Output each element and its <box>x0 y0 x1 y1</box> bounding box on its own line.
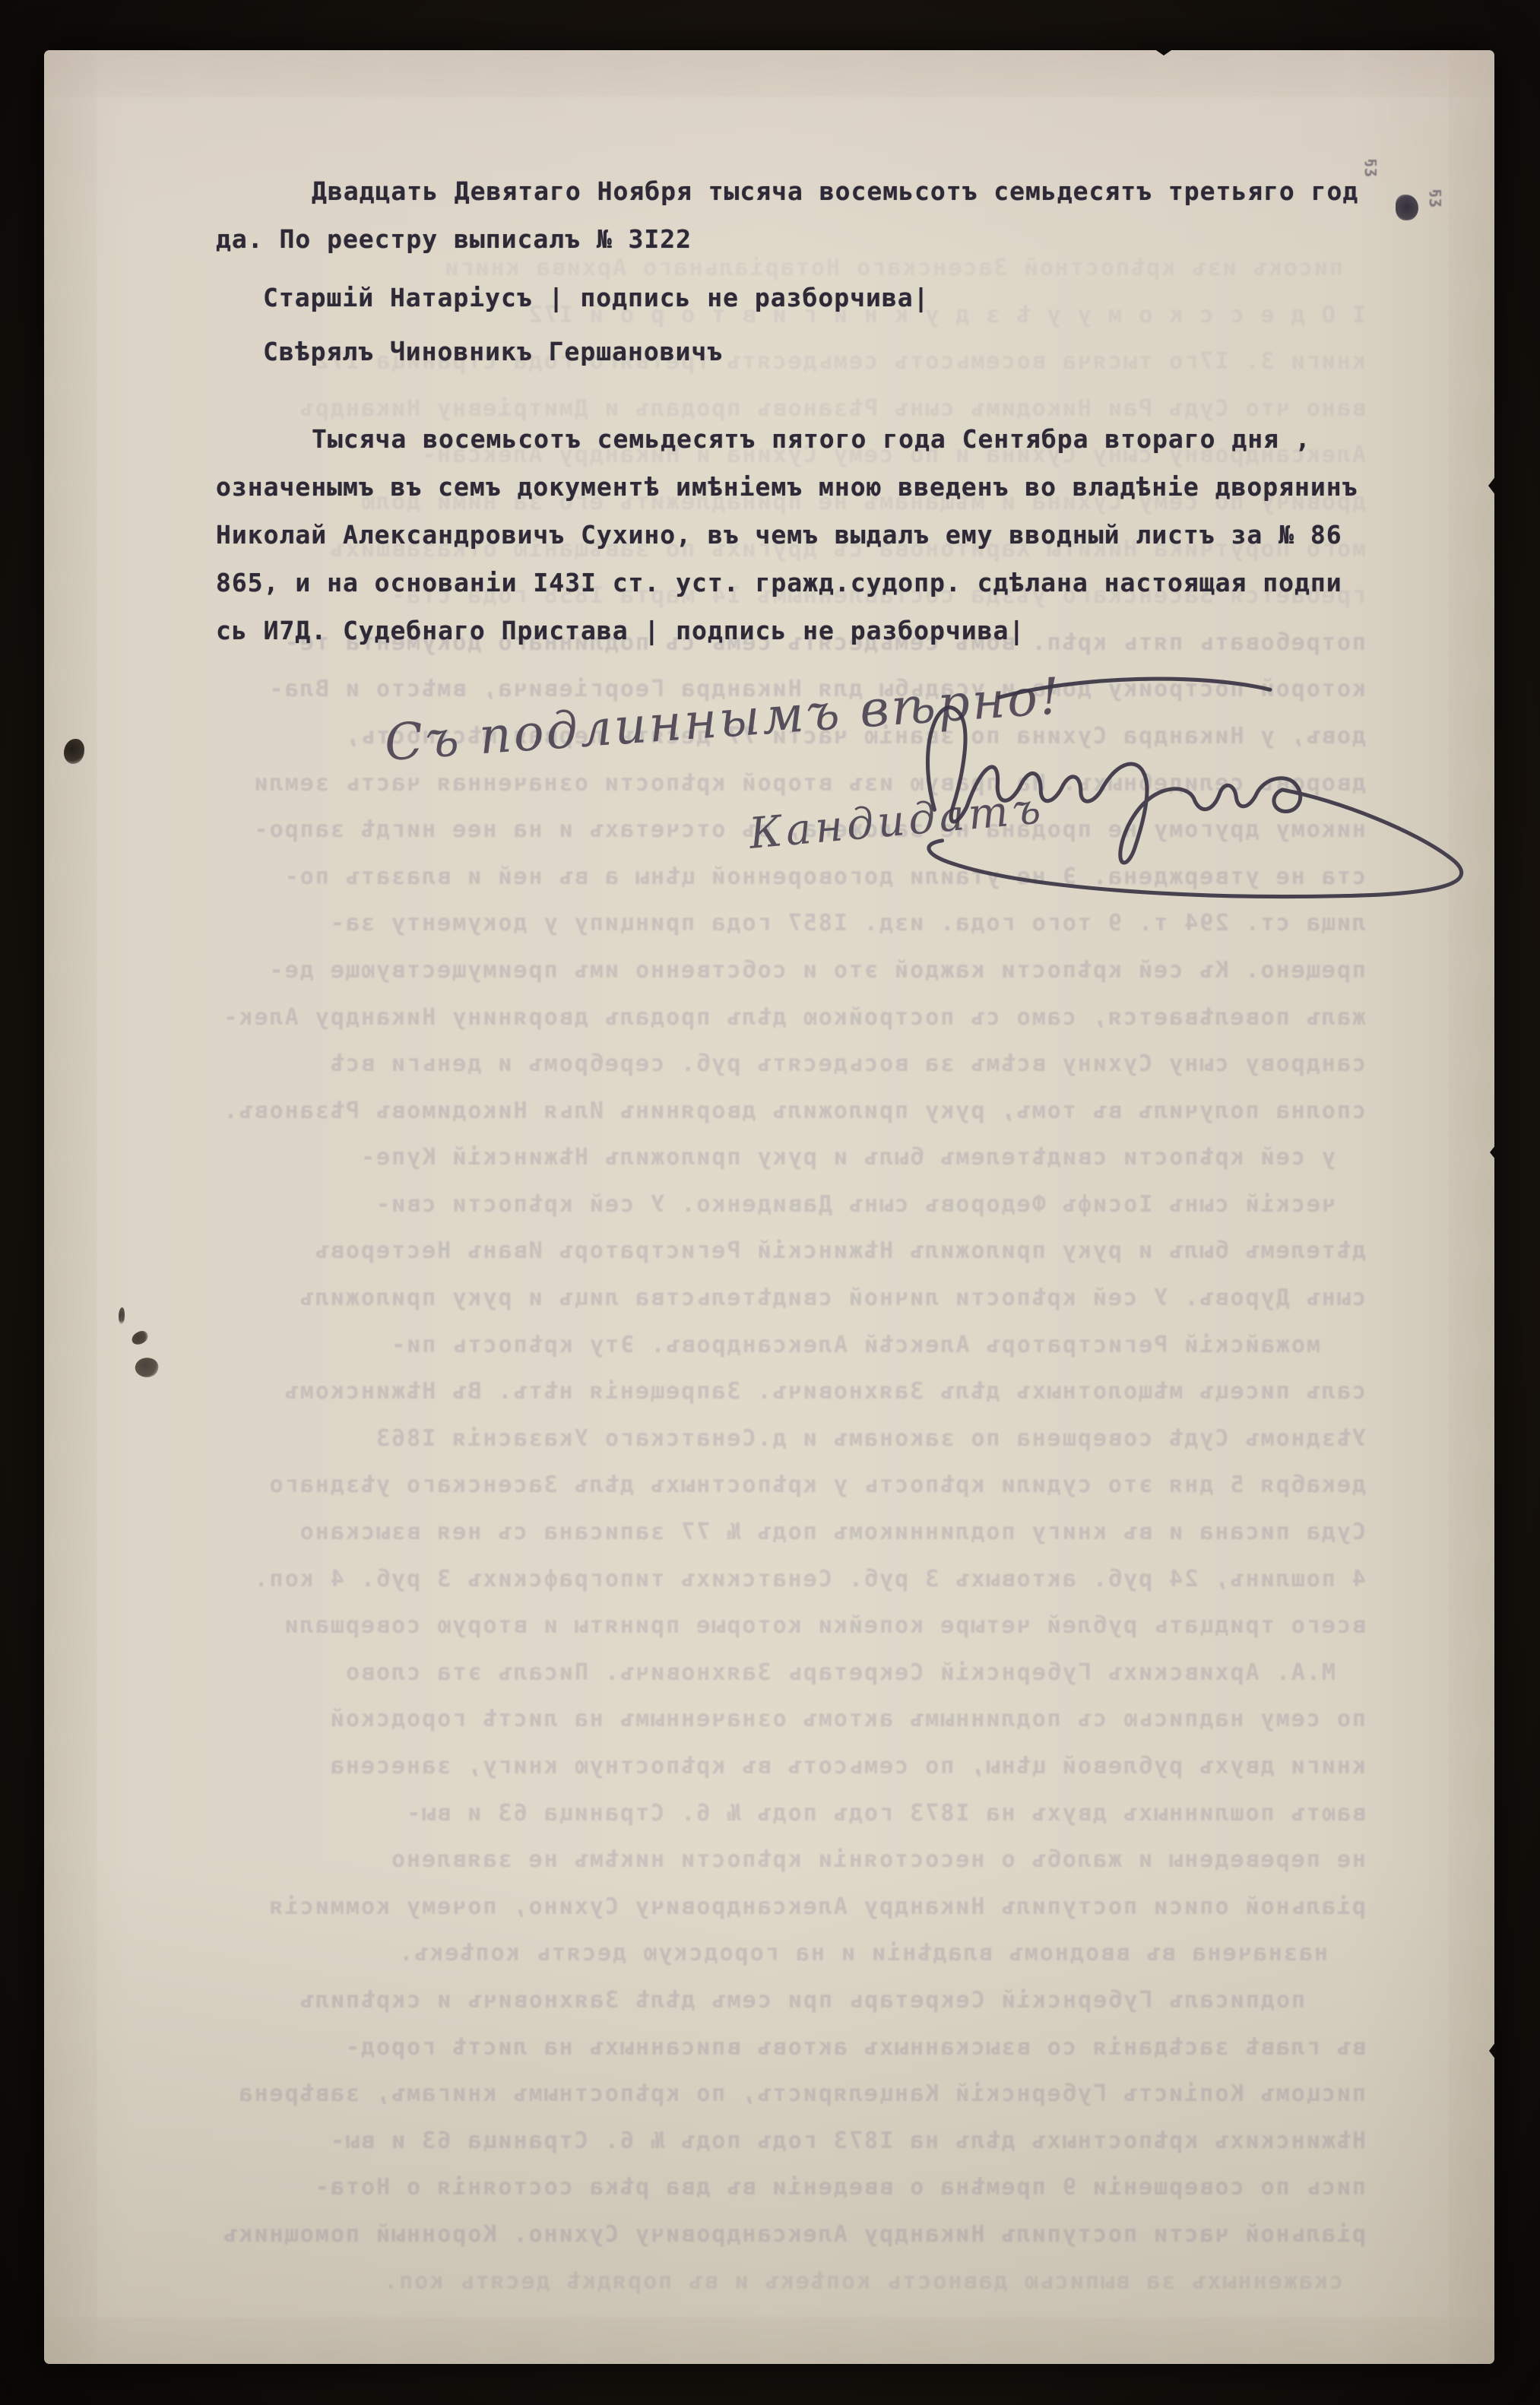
typed-line: да. По реестру выписалъ № 3I22 <box>216 224 692 254</box>
typed-line: означенымъ въ семъ документѣ имѣніемъ мн… <box>216 472 1358 502</box>
typed-line: Двадцать Девятаго Ноября тысяча восемьсо… <box>312 176 1358 206</box>
edge-ink-smudge: ҕӡ <box>1429 189 1447 208</box>
typed-line: 865, и на основаніи I43I ст. уст. гражд.… <box>216 568 1342 597</box>
typed-line: сь И7Д. Судебнаго Пристава | подпись не … <box>216 616 1025 645</box>
signature-flourish <box>908 667 1516 911</box>
edge-ink-smudge: ҕӡ <box>1364 158 1383 178</box>
overstruck-character-blot <box>1396 195 1418 220</box>
typed-line: Старшій Натаріусъ | подпись не разборчив… <box>263 283 929 312</box>
typed-line: Свѣрялъ Чиновникъ Гершановичъ <box>263 337 723 366</box>
typed-text-layer: Двадцать Девятаго Ноября тысяча восемьсо… <box>0 0 1540 2405</box>
typed-line: Николай Александровичъ Сухино, въ чемъ в… <box>216 520 1342 550</box>
archival-photo: { "photo": { "background": "#18130e", "p… <box>0 0 1540 2405</box>
typed-line: Тысяча восемьсотъ семьдесятъ пятого года… <box>312 424 1311 454</box>
